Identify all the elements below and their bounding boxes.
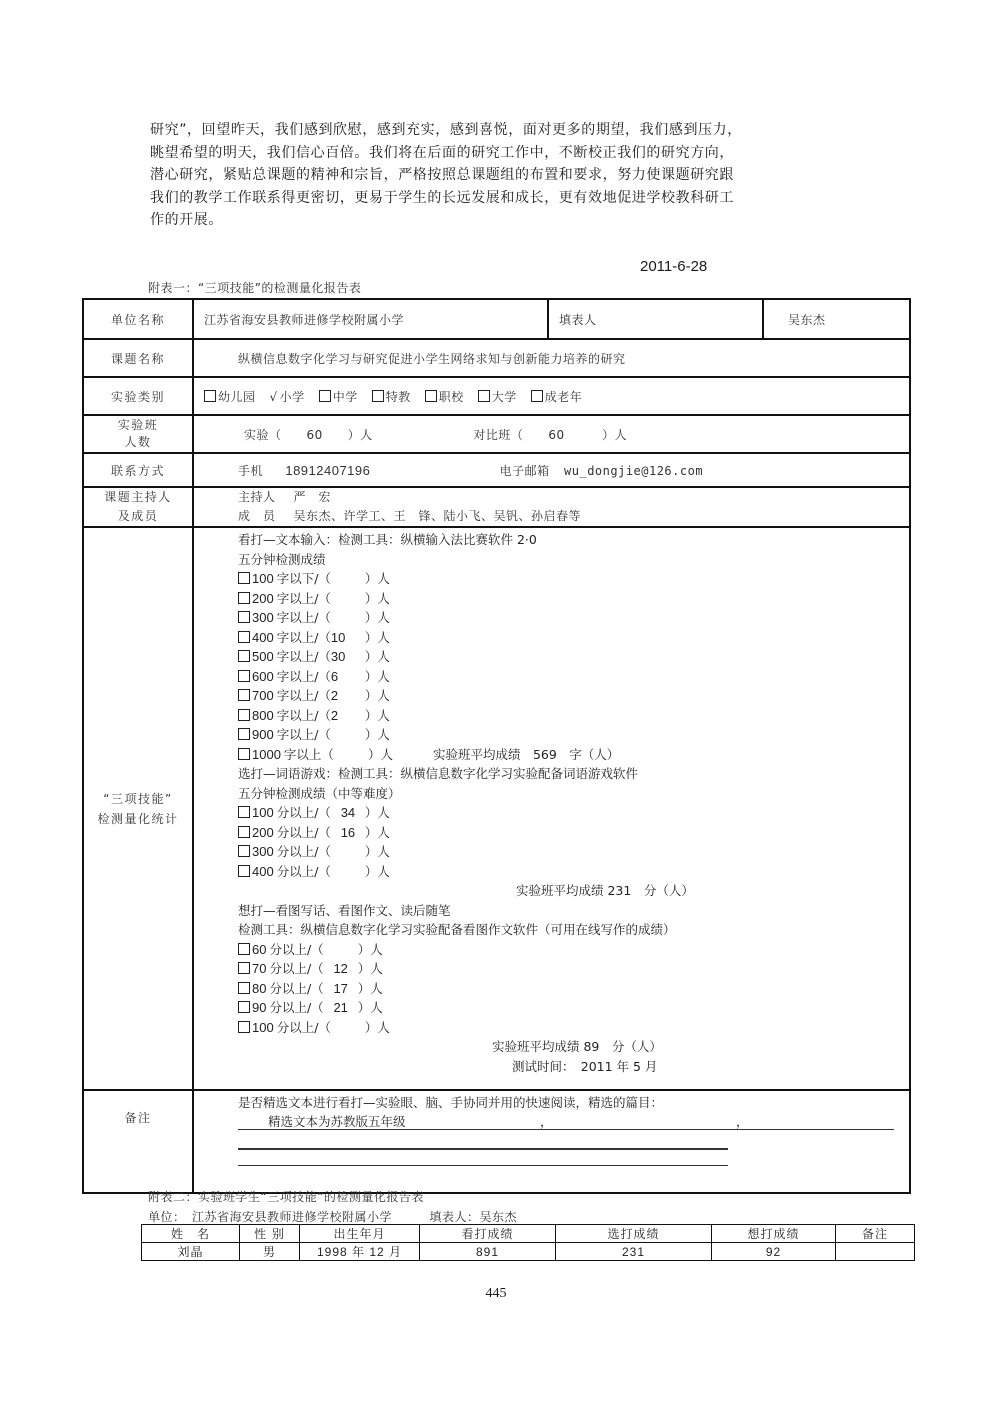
score-row: 80分以上/（17）人 (238, 979, 909, 999)
score-row: 400分以上/（）人 (238, 862, 909, 882)
score-suffix: ）人 (365, 1020, 390, 1035)
score-row: 500字以上/（30）人 (238, 647, 909, 667)
kanda-rows: 100字以下/（）人200字以上/（）人300字以上/（）人400字以上/（10… (238, 569, 909, 764)
column-header: 选打成绩 (556, 1225, 712, 1243)
page-number: 445 (0, 1286, 992, 1302)
category-label: 幼儿园 (218, 390, 256, 404)
column-header: 性 别 (240, 1225, 300, 1243)
category-label: 职校 (439, 390, 464, 404)
score-level: 300 (252, 844, 274, 859)
category-option[interactable]: 大学 (478, 390, 517, 404)
score-level: 400 (252, 630, 274, 645)
score-count: 17 (324, 979, 358, 999)
score-row: 100分以上/（）人 (238, 1018, 909, 1038)
checkbox-icon[interactable] (238, 631, 250, 643)
checkbox-icon[interactable] (238, 845, 250, 857)
xiangda-rows: 60分以上/（）人70分以上/（12）人80分以上/（17）人90分以上/（21… (238, 940, 909, 1038)
score-level: 80 (252, 981, 266, 996)
checkbox-icon[interactable] (425, 390, 437, 402)
score-row: 600字以上/（6）人 (238, 667, 909, 687)
kanda-subtitle: 五分钟检测成绩 (238, 550, 909, 570)
score-suffix: ）人 (358, 942, 383, 957)
unit-value: 江苏省海安县教师进修学校附属小学 (193, 299, 548, 339)
checkbox-icon[interactable] (238, 650, 250, 662)
score-suffix: ）人 (365, 669, 390, 684)
test-time: 测试时间： 2011 年 5 月 (238, 1057, 909, 1077)
score-level: 500 (252, 649, 274, 664)
category-option[interactable]: 成老年 (531, 390, 583, 404)
host-label: 主持人 (238, 490, 276, 504)
stats-label-line: “三项技能” (84, 789, 192, 809)
table-cell: 1998 年 12 月 (300, 1243, 420, 1261)
body-paragraph: 研究”，回望昨天，我们感到欣慰，感到充实，感到喜悦，面对更多的期望，我们感到压力… (150, 119, 850, 232)
score-row: 800字以上/（2）人 (238, 706, 909, 726)
stats-label: “三项技能” 检测量化统计 (83, 527, 193, 1090)
score-level: 100 (252, 571, 274, 586)
phone-number: 18912407196 (285, 463, 495, 478)
stats-label-line: 检测量化统计 (84, 809, 192, 829)
xuanda-average: 实验班平均成绩 231 分（人） (238, 881, 909, 901)
remarks-question: 是否精选文本进行看打—实验眼、脑、手协同并用的快速阅读，精选的篇目： (238, 1093, 891, 1112)
category-label: 成老年 (545, 390, 583, 404)
table-header-row: 姓 名性 别出生年月看打成绩选打成绩想打成绩备注 (142, 1225, 915, 1243)
paragraph-line: 眺望希望的明天，我们信心百倍。我们将在后面的研究工作中，不断校正我们的研究方向， (150, 142, 850, 165)
phone-label: 手机 (238, 464, 263, 478)
score-row: 300分以上/（）人 (238, 842, 909, 862)
paragraph-line: 研究”，回望昨天，我们感到欣慰，感到充实，感到喜悦，面对更多的期望，我们感到压力… (150, 119, 850, 142)
members-label-line: 课题主持人 (84, 488, 192, 507)
score-row: 100字以下/（）人 (238, 569, 909, 589)
contact-label: 联系方式 (83, 453, 193, 487)
score-count: 30 (331, 647, 365, 667)
checkbox-icon[interactable] (238, 1021, 250, 1033)
score-row: 300字以上/（）人 (238, 608, 909, 628)
members-names: 吴东杰、许学工、王 锋、陆小飞、吴钒、孙启春等 (294, 509, 582, 523)
score-text: 字以上/（ (277, 727, 331, 742)
column-header: 看打成绩 (420, 1225, 556, 1243)
members-label: 课题主持人 及成员 (83, 487, 193, 527)
remarks-label: 备注 (83, 1090, 193, 1193)
checkbox-icon[interactable] (531, 390, 543, 402)
table2-caption: 附表二：实验班学生“三项技能”的检测量化报告表 (148, 1188, 424, 1205)
score-suffix: ）人 (365, 708, 390, 723)
experiment-count: 实验（ 60 ）人 (244, 426, 469, 443)
score-text: 分以上/（ (269, 981, 323, 996)
score-level: 200 (252, 825, 274, 840)
score-text: 字以上/（ (277, 630, 331, 645)
column-header: 出生年月 (300, 1225, 420, 1243)
table-cell: 男 (240, 1243, 300, 1261)
score-suffix: ）人 (365, 805, 390, 820)
average-score: 实验班平均成绩 569 字（人） (433, 747, 619, 762)
score-row: 70分以上/（12）人 (238, 959, 909, 979)
score-suffix: ）人 (365, 688, 390, 703)
checkbox-icon[interactable] (238, 689, 250, 701)
score-level: 200 (252, 591, 274, 606)
score-row: 60分以上/（）人 (238, 940, 909, 960)
kanda-title: 看打—文本输入：检测工具：纵横输入法比赛软件 2·0 (238, 530, 909, 550)
members-values: 主持人严 宏 成 员吴东杰、许学工、王 锋、陆小飞、吴钒、孙启春等 (193, 487, 910, 527)
table-cell: 891 (420, 1243, 556, 1261)
score-text: 分以上/（ (277, 864, 331, 879)
score-level: 400 (252, 864, 274, 879)
checkbox-icon[interactable] (204, 390, 216, 402)
filler-value: 吴东杰 (763, 299, 910, 339)
paragraph-line: 作的开展。 (150, 209, 850, 232)
score-count: 2 (331, 706, 365, 726)
checkbox-icon[interactable] (238, 592, 250, 604)
checkbox-icon[interactable] (319, 390, 331, 402)
score-suffix: ）人 (358, 961, 383, 976)
score-suffix: ）人 (365, 727, 390, 742)
class-count-label-line: 实验班 (84, 417, 192, 434)
score-suffix: ）人 (358, 981, 383, 996)
score-row: 1000字以上（）人实验班平均成绩 569 字（人） (238, 745, 909, 765)
score-text: 字以上/（ (277, 708, 331, 723)
email-label: 电子邮箱 (500, 464, 550, 478)
checkbox-icon[interactable] (238, 572, 250, 584)
score-suffix: ）人 (365, 630, 390, 645)
table-cell: 231 (556, 1243, 712, 1261)
score-count: 10 (331, 628, 365, 648)
category-option[interactable]: 特教 (372, 390, 411, 404)
score-text: 分以上/（ (269, 942, 323, 957)
score-text: 字以上/（ (277, 688, 331, 703)
score-level: 100 (252, 805, 274, 820)
score-level: 90 (252, 1000, 266, 1015)
checkbox-icon[interactable] (238, 865, 250, 877)
score-suffix: ）人 (365, 825, 390, 840)
paragraph-line: 我们的教学工作联系得更密切，更易于学生的长远发展和成长，更有效地促进学校教科研工 (150, 187, 850, 210)
score-text: 分以上/（ (277, 805, 331, 820)
checkbox-icon[interactable] (478, 390, 490, 402)
control-count: 对比班（ 60 ）人 (473, 426, 627, 443)
topic-value: 纵横信息数字化学习与研究促进小学生网络求知与创新能力培养的研究 (193, 339, 910, 377)
score-level: 800 (252, 708, 274, 723)
table-row: 刘晶男1998 年 12 月89123192 (142, 1243, 915, 1261)
xiangda-tool: 检测工具：纵横信息数字化学习实验配备看图作文软件（可用在线写作的成绩） (238, 920, 909, 940)
score-text: 分以上/（ (277, 825, 331, 840)
document-date: 2011-6-28 (640, 258, 707, 275)
category-options: 幼儿园√小学中学特教职校大学成老年 (193, 377, 910, 415)
column-header: 备注 (836, 1225, 915, 1243)
checkbox-icon[interactable] (238, 748, 250, 760)
stats-content: 看打—文本输入：检测工具：纵横输入法比赛软件 2·0 五分钟检测成绩 100字以… (193, 527, 910, 1090)
email-address: wu_dongjie@126.com (564, 464, 703, 478)
checkbox-icon[interactable] (238, 962, 250, 974)
score-count: 2 (331, 686, 365, 706)
category-option[interactable]: 中学 (319, 390, 358, 404)
xuanda-rows: 100分以上/（34）人200分以上/（16）人300分以上/（）人400分以上… (238, 803, 909, 881)
score-text: 字以上/（ (277, 649, 331, 664)
score-level: 300 (252, 610, 274, 625)
checkbox-icon[interactable] (238, 670, 250, 682)
score-text: 字以上/（ (277, 669, 331, 684)
score-text: 字以下/（ (277, 571, 331, 586)
score-count: 6 (331, 667, 365, 687)
score-text: 字以上/（ (277, 591, 331, 606)
host-name: 严 宏 (294, 490, 332, 504)
score-text: 字以上/（ (277, 610, 331, 625)
score-row: 900字以上/（）人 (238, 725, 909, 745)
remarks-blank-lines: 精选文本为苏教版五年级 ， ， (238, 1112, 891, 1192)
score-count: 12 (324, 959, 358, 979)
fill-line (238, 1129, 894, 1130)
checkbox-icon[interactable] (238, 826, 250, 838)
report-table-1: 单位名称 江苏省海安县教师进修学校附属小学 填表人 吴东杰 课题名称 纵横信息数… (82, 298, 911, 1194)
score-row: 90分以上/（21）人 (238, 998, 909, 1018)
class-count-label: 实验班 人数 (83, 415, 193, 453)
category-label: 中学 (333, 390, 358, 404)
column-header: 想打成绩 (712, 1225, 836, 1243)
score-row: 400字以上/（10）人 (238, 628, 909, 648)
xuanda-title: 选打—词语游戏：检测工具：纵横信息数字化学习实验配备词语游戏软件 (238, 764, 909, 784)
class-count-label-line: 人数 (84, 434, 192, 451)
table-cell (836, 1243, 915, 1261)
score-suffix: ）人 (368, 747, 393, 762)
checkbox-icon[interactable] (238, 1001, 250, 1013)
category-option[interactable]: √小学 (270, 390, 305, 404)
score-level: 100 (252, 1020, 274, 1035)
checkbox-icon[interactable] (238, 728, 250, 740)
score-suffix: ）人 (365, 844, 390, 859)
report-table-2: 姓 名性 别出生年月看打成绩选打成绩想打成绩备注刘晶男1998 年 12 月89… (141, 1224, 915, 1261)
checkbox-icon[interactable] (372, 390, 384, 402)
score-row: 200分以上/（16）人 (238, 823, 909, 843)
xuanda-subtitle: 五分钟检测成绩（中等难度） (238, 784, 909, 804)
checkbox-icon[interactable] (238, 982, 250, 994)
checkmark-icon[interactable]: √ (270, 390, 278, 404)
category-option[interactable]: 职校 (425, 390, 464, 404)
score-suffix: ）人 (365, 571, 390, 586)
table1-caption: 附表一：“三项技能”的检测量化报告表 (148, 279, 361, 296)
table-cell: 刘晶 (142, 1243, 240, 1261)
remarks-content: 是否精选文本进行看打—实验眼、脑、手协同并用的快速阅读，精选的篇目： 精选文本为… (193, 1090, 910, 1193)
category-label: 特教 (386, 390, 411, 404)
category-label: 小学 (280, 390, 305, 404)
members-title: 成 员 (238, 509, 276, 523)
category-option[interactable]: 幼儿园 (204, 390, 256, 404)
xiangda-average: 实验班平均成绩 89 分（人） (238, 1037, 909, 1057)
score-text: 字以上（ (284, 747, 334, 762)
score-suffix: ）人 (365, 591, 390, 606)
score-count: 16 (331, 823, 365, 843)
paragraph-line: 潜心研究，紧贴总课题的精神和宗旨，严格按照总课题组的布置和要求，努力使课题研究跟 (150, 164, 850, 187)
score-count: 21 (324, 998, 358, 1018)
score-level: 600 (252, 669, 274, 684)
score-count: 34 (331, 803, 365, 823)
contact-values: 手机 18912407196 电子邮箱 wu_dongjie@126.com (193, 453, 910, 487)
checkbox-icon[interactable] (238, 943, 250, 955)
score-level: 1000 (252, 747, 281, 762)
category-label: 大学 (492, 390, 517, 404)
members-label-line: 及成员 (84, 507, 192, 526)
score-level: 60 (252, 942, 266, 957)
column-header: 姓 名 (142, 1225, 240, 1243)
score-suffix: ）人 (365, 649, 390, 664)
class-count-values: 实验（ 60 ）人 对比班（ 60 ）人 (193, 415, 910, 453)
filler-label: 填表人 (548, 299, 763, 339)
score-suffix: ）人 (365, 610, 390, 625)
xiangda-title: 想打—看图写话、看图作文、读后随笔 (238, 901, 909, 921)
score-text: 分以上/（ (269, 961, 323, 976)
checkbox-icon[interactable] (238, 709, 250, 721)
score-suffix: ）人 (358, 1000, 383, 1015)
score-row: 700字以上/（2）人 (238, 686, 909, 706)
checkbox-icon[interactable] (238, 611, 250, 623)
unit-label: 单位名称 (83, 299, 193, 339)
category-label: 实验类别 (83, 377, 193, 415)
score-row: 100分以上/（34）人 (238, 803, 909, 823)
score-level: 700 (252, 688, 274, 703)
table2-unit-line: 单位： 江苏省海安县教师进修学校附属小学 填表人：吴东杰 (148, 1208, 517, 1225)
score-row: 200字以上/（）人 (238, 589, 909, 609)
score-level: 70 (252, 961, 266, 976)
score-text: 分以上/（ (269, 1000, 323, 1015)
topic-label: 课题名称 (83, 339, 193, 377)
score-level: 900 (252, 727, 274, 742)
score-suffix: ）人 (365, 864, 390, 879)
table-cell: 92 (712, 1243, 836, 1261)
fill-line (238, 1148, 728, 1150)
checkbox-icon[interactable] (238, 806, 250, 818)
score-text: 分以上/（ (277, 844, 331, 859)
fill-line (238, 1165, 728, 1166)
score-text: 分以上/（ (277, 1020, 331, 1035)
